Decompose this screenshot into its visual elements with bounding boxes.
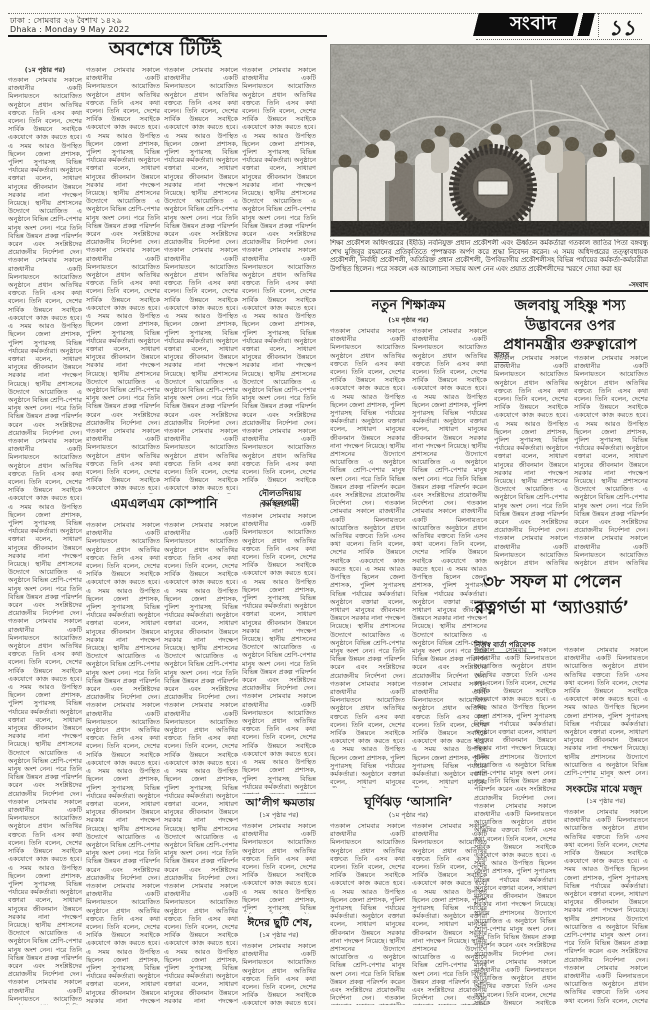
body-column-2b: গতকাল সোমবার সকালে রাজধানীর একটি মিলনায়… [86, 521, 160, 1005]
continuation-note-daulatdia: (১ম পৃষ্ঠার পর) [242, 501, 316, 509]
header-left-rule [8, 35, 327, 37]
photo-wreath-ceremony [330, 44, 650, 237]
headline-awami-league: আ’লীগ ক্ষমতায় [240, 797, 320, 810]
masthead-title: সংবাদ [510, 9, 557, 40]
body-column-2a: গতকাল সোমবার সকালে রাজধানীর একটি মিলনায়… [86, 66, 160, 494]
climate-column-1: গতকাল সোমবার সকালে রাজধানীর একটি মিলনায়… [494, 354, 568, 566]
headline-main-article: অবশেষে টিটিই [30, 38, 300, 61]
mothers-column-2: গতকাল সোমবার সকালে রাজধানীর একটি মিলনায়… [564, 646, 648, 778]
body-column-1: গতকাল সোমবার সকালে রাজধানীর একটি মিলনায়… [8, 76, 82, 1005]
continuation-note-main: (১ম পৃষ্ঠার পর) [8, 66, 82, 74]
continuation-note-eid: (১ম পৃষ্ঠার পর) [242, 931, 316, 939]
crisis-column-1: গতকাল সোমবার সকালে রাজধানীর একটি মিলনায়… [564, 808, 648, 1005]
continuation-note-crisis: (১ম পৃষ্ঠার পর) [564, 797, 648, 805]
body-column-3b: গতকাল সোমবার সকালে রাজধানীর একটি মিলনায়… [164, 521, 238, 1005]
photo-caption: শিক্ষা প্রকৌশল অধিদপ্তরের (ইইডি) নবনিযুক… [330, 239, 648, 281]
curriculum-column-1: গতকাল সোমবার সকালে রাজধানীর একটি মিলনায়… [330, 327, 405, 788]
headline-eid-holiday: ঈদের ছুটি শেষ, [240, 917, 320, 930]
continuation-note-cyclone: (১ম পৃষ্ঠার পর) [330, 811, 487, 819]
continuation-note-awami: (১ম পৃষ্ঠার পর) [242, 811, 316, 819]
body-column-4d: গতকাল সোমবার সকালে রাজধানীর একটি মিলনায়… [242, 942, 316, 1005]
climate-column-2: গতকাল সোমবার সকালে রাজধানীর একটি মিলনায়… [574, 354, 648, 566]
headline-mlm-company: এমএলএম কোম্পানি [88, 497, 240, 513]
headline-cyclone-asani: ঘূর্ণিঝড় ‘আসানি’ [330, 794, 487, 809]
headline-new-curriculum: নতুন শিক্ষাক্রম [330, 298, 487, 314]
header-right-rule [476, 39, 642, 40]
headline-mothers-award-line1: ৩৮ সফল মা পেলেন [456, 572, 648, 592]
newspaper-page: ঢাকা : সোমবার ২৬ বৈশাখ ১৪২৯ Dhaka : Mond… [0, 0, 650, 1010]
body-column-4b: গতকাল সোমবার সকালে রাজধানীর একটি মিলনায়… [242, 512, 316, 794]
cyclone-column-2: গতকাল সোমবার সকালে রাজধানীর একটি মিলনায়… [412, 822, 487, 1005]
dateline-english: Dhaka : Monday 9 May 2022 [10, 25, 230, 34]
body-column-3a: গতকাল সোমবার সকালে রাজধানীর একটি মিলনায়… [164, 66, 238, 494]
body-column-4c: গতকাল সোমবার সকালে রাজধানীর একটি মিলনায়… [242, 822, 316, 914]
headline-climate-crops: জলবায়ু সহিষ্ণু শস্য উদ্ভাবনের ওপর প্রধা… [492, 297, 648, 356]
photo-illustration [331, 45, 649, 236]
continuation-note-curriculum: (১ম পৃষ্ঠার পর) [330, 316, 487, 324]
headline-mothers-award-line2: রত্নগর্ভা মা ‘অ্যাওয়ার্ড’ [456, 598, 648, 618]
dateline-bengali: ঢাকা : সোমবার ২৬ বৈশাখ ১৪২৯ [10, 16, 230, 25]
caption-bottom-rule [330, 290, 648, 292]
masthead-logo: সংবাদ [473, 13, 595, 36]
headline-crisis-stock: সংকটের মাঝে মজুদ [560, 784, 648, 795]
cyclone-column-1: গতকাল সোমবার সকালে রাজধানীর একটি মিলনায়… [330, 822, 405, 1005]
photo-grain-overlay [331, 45, 649, 236]
page-number: ১১ [602, 12, 642, 47]
header-pagenum-separator [598, 13, 599, 37]
body-column-4a: গতকাল সোমবার সকালে রাজধানীর একটি মিলনায়… [242, 66, 316, 486]
